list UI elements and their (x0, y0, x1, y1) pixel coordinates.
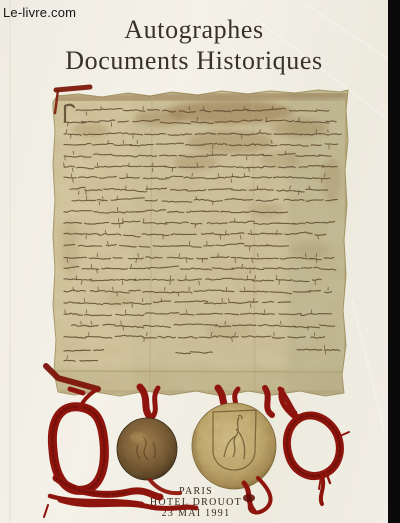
title-line-1: Autographes (0, 14, 388, 45)
seal-shield-device (213, 410, 256, 470)
seal-rampant-lion (224, 415, 245, 459)
title-line-2: Documents Historiques (0, 45, 388, 76)
catalog-title: Autographes Documents Historiques (0, 14, 388, 76)
sale-date: 23 MAI 1991 (0, 508, 392, 519)
auction-catalog-cover: Le-livre.com Autographes Documents Histo… (0, 0, 400, 523)
cover-crease (9, 0, 11, 523)
right-wax-seal (192, 403, 276, 489)
sale-city: PARIS (0, 486, 392, 497)
cover-photograph (0, 0, 400, 523)
parchment-charter (53, 90, 350, 400)
left-wax-seal (117, 418, 177, 480)
scan-edge-strip (388, 0, 400, 523)
sale-info: PARIS HÔTEL DROUOT 23 MAI 1991 (0, 486, 392, 519)
manuscript-text (63, 105, 341, 362)
sale-venue: HÔTEL DROUOT (0, 497, 392, 508)
red-seal-cords (44, 87, 349, 517)
